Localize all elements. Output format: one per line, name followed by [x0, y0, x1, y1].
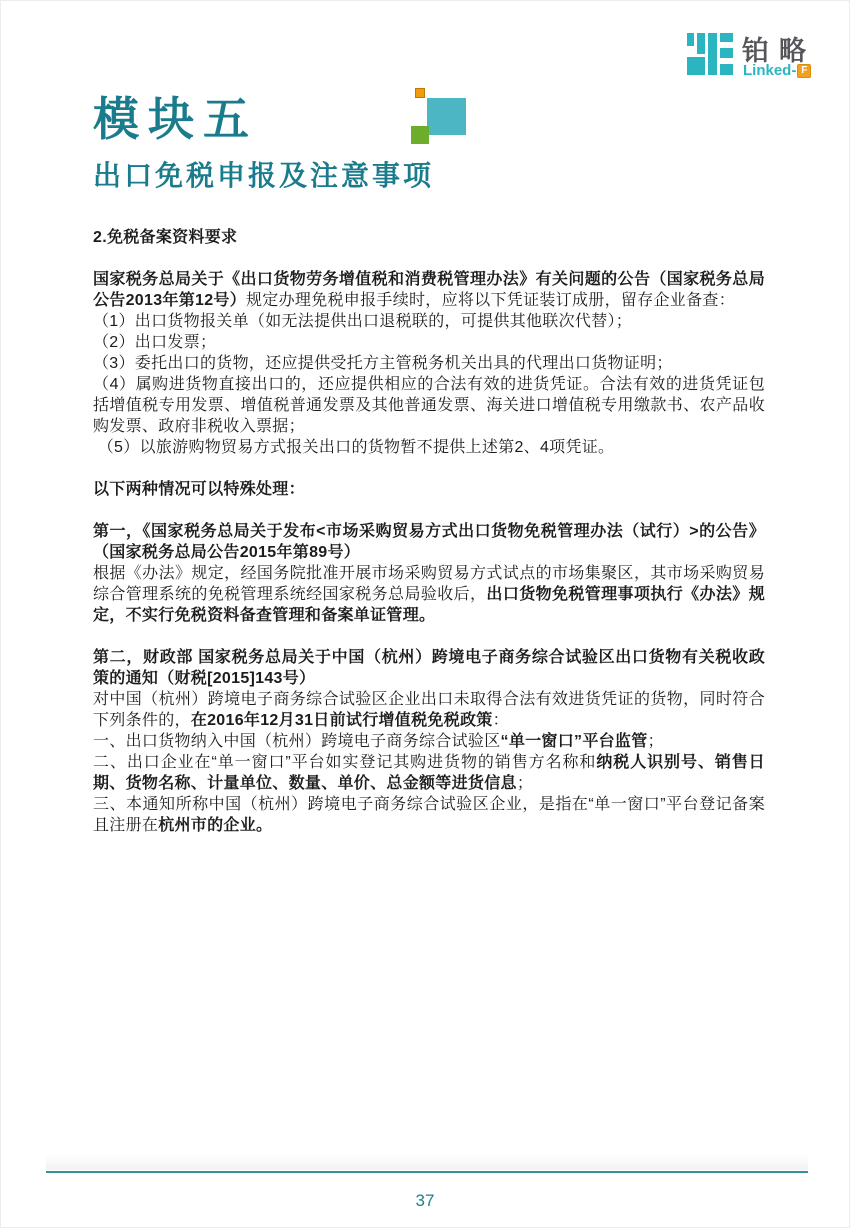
module-subtitle: 出口免税申报及注意事项 [93, 154, 653, 194]
text-block: 国家税务总局关于《出口货物劳务增值税和消费税管理办法》有关问题的公告（国家税务总… [93, 269, 765, 311]
text-run: （1）出口货物报关单（如无法提供出口退税联的，可提供其他联次代替）； [93, 313, 632, 330]
document-body: 2.免税备案资料要求国家税务总局关于《出口货物劳务增值税和消费税管理办法》有关问… [93, 227, 765, 836]
accent-square-teal [427, 98, 466, 135]
section-heading: 2.免税备案资料要求 [93, 227, 765, 248]
document-page: 铂略 Linked- F 模块五 出口免税申报及注意事项 2.免税备案资料要求国… [0, 0, 850, 1228]
text-run: 一、出口货物纳入中国（杭州）跨境电子商务综合试验区 [93, 733, 501, 750]
text-run: （3）委托出口的货物，还应提供受托方主管税务机关出具的代理出口货物证明； [93, 355, 673, 372]
text-run: 第一，《国家税务总局关于发布<市场采购贸易方式出口货物免税管理办法（试行）>的公… [93, 523, 765, 561]
accent-square-orange [415, 88, 425, 98]
footer-divider-line [46, 1171, 808, 1173]
module-title: 模块五 [93, 93, 653, 146]
text-run: 第二，财政部 国家税务总局关于中国（杭州）跨境电子商务综合试验区出口货物有关税收… [93, 649, 765, 687]
text-block: 三、本通知所称中国（杭州）跨境电子商务综合试验区企业，是指在“单一窗口”平台登记… [93, 794, 765, 836]
linked-f-logo-icon [687, 33, 733, 77]
text-block: （3）委托出口的货物，还应提供受托方主管税务机关出具的代理出口货物证明； [93, 353, 765, 374]
text-run: 2.免税备案资料要求 [93, 229, 237, 246]
text-run: ； [648, 733, 664, 750]
text-block: （4）属购进货物直接出口的，还应提供相应的合法有效的进货凭证。合法有效的进货凭证… [93, 374, 765, 437]
brand-logo: 铂略 Linked- F [687, 29, 837, 81]
brand-name-english-text: Linked- [743, 62, 796, 79]
text-block: 第一，《国家税务总局关于发布<市场采购贸易方式出口货物免税管理办法（试行）>的公… [93, 521, 765, 563]
text-block: 二、出口企业在“单一窗口”平台如实登记其购进货物的销售方名称和纳税人识别号、销售… [93, 752, 765, 794]
accent-square-green [411, 126, 429, 144]
text-block: （2）出口发票； [93, 332, 765, 353]
accent-squares [411, 88, 471, 146]
text-run: ： [493, 712, 509, 729]
text-run: 杭州市的企业。 [158, 817, 272, 834]
text-run: “单一窗口”平台监管 [501, 733, 648, 750]
page-number: 37 [1, 1191, 849, 1211]
text-block: 第二，财政部 国家税务总局关于中国（杭州）跨境电子商务综合试验区出口货物有关税收… [93, 647, 765, 689]
brand-name-english: Linked- F [743, 62, 811, 79]
text-run: （4）属购进货物直接出口的，还应提供相应的合法有效的进货凭证。合法有效的进货凭证… [93, 376, 765, 435]
brand-f-badge: F [797, 64, 811, 78]
footer-shade [46, 1154, 808, 1170]
module-header: 模块五 出口免税申报及注意事项 [93, 93, 653, 194]
text-run: 二、出口企业在“单一窗口”平台如实登记其购进货物的销售方名称和 [93, 754, 596, 771]
text-run: （2）出口发票； [93, 334, 216, 351]
text-run: 以下两种情况可以特殊处理： [93, 481, 305, 498]
text-run: （5）以旅游购物贸易方式报关出口的货物暂不提供上述第2、4项凭证。 [93, 439, 614, 456]
text-run: 规定办理免税申报手续时，应将以下凭证装订成册，留存企业备查： [246, 292, 735, 309]
text-block: 对中国（杭州）跨境电子商务综合试验区企业出口未取得合法有效进货凭证的货物，同时符… [93, 689, 765, 731]
section-heading: 以下两种情况可以特殊处理： [93, 479, 765, 500]
text-block: 根据《办法》规定，经国务院批准开展市场采购贸易方式试点的市场集聚区，其市场采购贸… [93, 563, 765, 626]
text-block: （5）以旅游购物贸易方式报关出口的货物暂不提供上述第2、4项凭证。 [93, 437, 765, 458]
text-run: 在2016年12月31日前试行增值税免税政策 [191, 712, 493, 729]
text-block: （1）出口货物报关单（如无法提供出口退税联的，可提供其他联次代替）； [93, 311, 765, 332]
text-run: ； [517, 775, 533, 792]
text-block: 一、出口货物纳入中国（杭州）跨境电子商务综合试验区“单一窗口”平台监管； [93, 731, 765, 752]
